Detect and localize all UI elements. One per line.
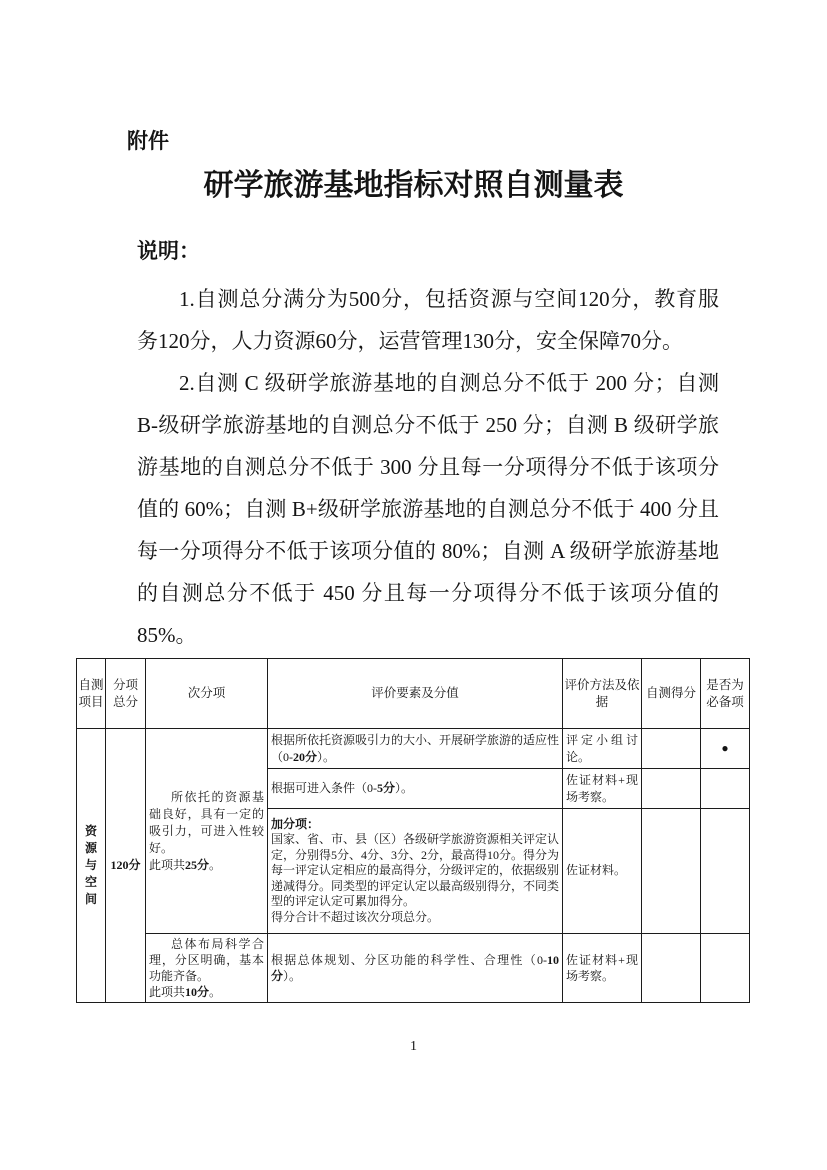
table-header: 自测项目 分项总分 次分项 评价要素及分值 评价方法及依据 自测得分 是否为必备…	[77, 659, 750, 729]
self-score-cell	[642, 934, 701, 1003]
criteria-cell: 根据可进入条件（0-5分）。	[268, 769, 563, 809]
page-title: 研学旅游基地指标对照自测量表	[0, 162, 827, 210]
self-score-cell	[642, 729, 701, 769]
required-marker-cell	[701, 769, 750, 809]
column-header-sub-item: 次分项	[146, 659, 268, 729]
table-row: 总体布局科学合理，分区明确，基本功能齐备。此项共10分。 根据总体规划、分区功能…	[77, 934, 750, 1003]
table-row: 资源与空间 120分 所依托的资源基础良好，具有一定的吸引力，可进入性较好。此项…	[77, 729, 750, 769]
instructions-heading: 说明：	[137, 230, 827, 272]
method-cell: 评定小组讨论。	[563, 729, 642, 769]
assessment-table: 自测项目 分项总分 次分项 评价要素及分值 评价方法及依据 自测得分 是否为必备…	[76, 658, 750, 1003]
criteria-cell: 根据总体规划、分区功能的科学性、合理性（0-10分）。	[268, 934, 563, 1003]
header-row: 自测项目 分项总分 次分项 评价要素及分值 评价方法及依据 自测得分 是否为必备…	[77, 659, 750, 729]
document-page: { "page": { "attachment_label": "附件", "t…	[0, 0, 827, 1170]
attachment-label: 附件	[127, 120, 827, 162]
column-header-self-test-item: 自测项目	[77, 659, 106, 729]
required-marker-cell	[701, 809, 750, 934]
criteria-cell: 根据所依托资源吸引力的大小、开展研学旅游的适应性（0-20分）。	[268, 729, 563, 769]
self-score-cell	[642, 769, 701, 809]
instruction-paragraph-2: 2.自测 C 级研学旅游基地的自测总分不低于 200 分；自测 B-级研学旅游基…	[137, 362, 719, 656]
required-marker-cell: ●	[701, 729, 750, 769]
column-header-criteria-and-points: 评价要素及分值	[268, 659, 563, 729]
column-header-subtotal-score: 分项总分	[106, 659, 146, 729]
self-score-cell	[642, 809, 701, 934]
method-cell: 佐证材料+现场考察。	[563, 769, 642, 809]
instruction-paragraph-1: 1.自测总分满分为500分，包括资源与空间120分，教育服务120分，人力资源6…	[137, 278, 719, 362]
sub-item-cell: 所依托的资源基础良好，具有一定的吸引力，可进入性较好。此项共25分。	[146, 729, 268, 934]
sub-item-cell: 总体布局科学合理，分区明确，基本功能齐备。此项共10分。	[146, 934, 268, 1003]
category-cell: 资源与空间	[77, 729, 106, 1003]
method-cell: 佐证材料+现场考察。	[563, 934, 642, 1003]
table-body: 资源与空间 120分 所依托的资源基础良好，具有一定的吸引力，可进入性较好。此项…	[77, 729, 750, 1003]
category-score-cell: 120分	[106, 729, 146, 1003]
column-header-self-test-score: 自测得分	[642, 659, 701, 729]
page-number: 1	[0, 1037, 827, 1057]
column-header-method-and-basis: 评价方法及依据	[563, 659, 642, 729]
criteria-cell: 加分项：国家、省、市、县（区）各级研学旅游资源相关评定认定，分别得5分、4分、3…	[268, 809, 563, 934]
method-cell: 佐证材料。	[563, 809, 642, 934]
column-header-required-item: 是否为必备项	[701, 659, 750, 729]
required-marker-cell	[701, 934, 750, 1003]
